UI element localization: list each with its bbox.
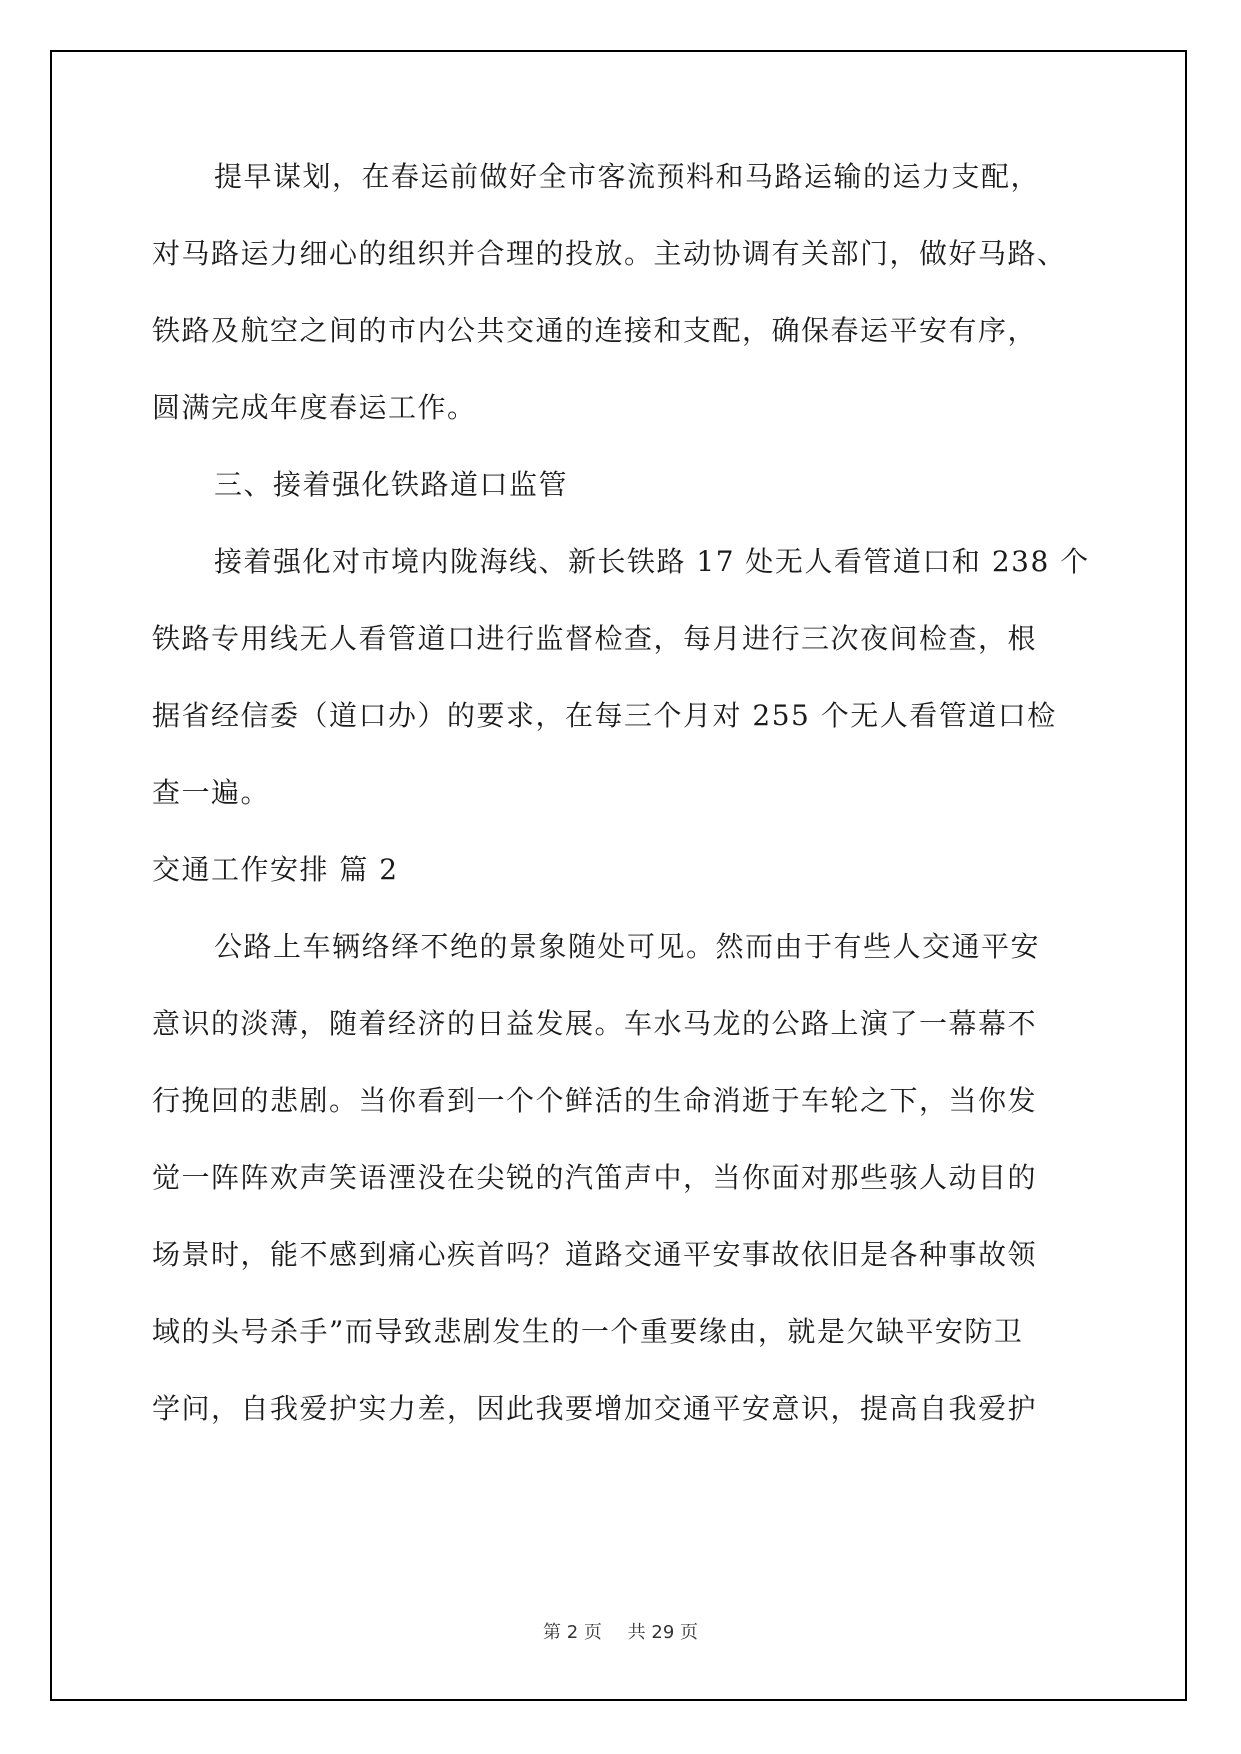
paragraph-line: 域的头号杀手”而导致悲剧发生的一个重要缘由，就是欠缺平安防卫 (152, 1317, 1092, 1347)
paragraph-line: 公路上车辆络绎不绝的景象随处可见。然而由于有些人交通平安 (152, 932, 1092, 962)
paragraph-line: 据省经信委（道口办）的要求，在每三个月对 255 个无人看管道口检 (152, 701, 1092, 731)
page-footer: 第 2 页 共 29 页 (0, 1618, 1241, 1644)
paragraph-line: 铁路及航空之间的市内公共交通的连接和支配，确保春运平安有序， (152, 316, 1092, 346)
document-body: 提早谋划，在春运前做好全市客流预料和马路运输的运力支配， 对马路运力细心的组织并… (152, 162, 1092, 1471)
current-page-label: 第 2 页 (543, 1622, 602, 1643)
paragraph-line: 圆满完成年度春运工作。 (152, 393, 1092, 423)
paragraph-line: 行挽回的悲剧。当你看到一个个鲜活的生命消逝于车轮之下，当你发 (152, 1086, 1092, 1116)
paragraph-line: 铁路专用线无人看管道口进行监督检查，每月进行三次夜间检查，根 (152, 624, 1092, 654)
paragraph-line: 查一遍。 (152, 778, 1092, 808)
paragraph-line: 对马路运力细心的组织并合理的投放。主动协调有关部门，做好马路、 (152, 239, 1092, 269)
paragraph-line: 提早谋划，在春运前做好全市客流预料和马路运输的运力支配， (152, 162, 1092, 192)
paragraph-line: 学问，自我爱护实力差，因此我要增加交通平安意识，提高自我爱护 (152, 1394, 1092, 1424)
section-heading: 三、接着强化铁路道口监管 (152, 470, 1092, 500)
paragraph-line: 觉一阵阵欢声笑语湮没在尖锐的汽笛声中，当你面对那些骇人动目的 (152, 1163, 1092, 1193)
paragraph-line: 接着强化对市境内陇海线、新长铁路 17 处无人看管道口和 238 个 (152, 547, 1092, 577)
paragraph-line: 意识的淡薄，随着经济的日益发展。车水马龙的公路上演了一幕幕不 (152, 1009, 1092, 1039)
total-pages-label: 共 29 页 (628, 1622, 698, 1643)
paragraph-line: 场景时，能不感到痛心疾首吗？道路交通平安事故依旧是各种事故领 (152, 1240, 1092, 1270)
article-title: 交通工作安排 篇 2 (152, 855, 1092, 885)
